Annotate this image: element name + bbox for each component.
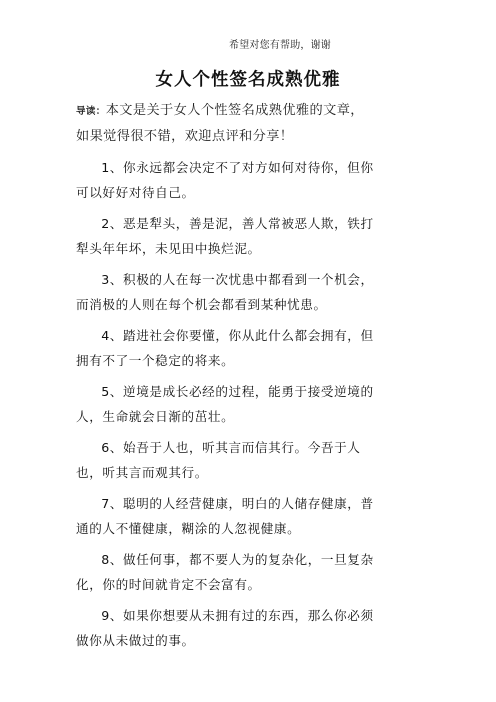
list-item: 4、踏进社会你要懂，你从此什么都会拥有，但拥有不了一个稳定的将来。 <box>76 323 376 373</box>
list-item: 9、如果你想要从未拥有过的东西，那么你必须做你从未做过的事。 <box>76 603 376 653</box>
list-item: 6、始吾于人也，听其言而信其行。今吾于人也，听其言而观其行。 <box>76 435 376 485</box>
intro-text: 本文是关于女人个性签名成熟优雅的文章，如果觉得很不错，欢迎点评和分享！ <box>76 103 364 144</box>
document-page: 希望对您有帮助，谢谢 女人个性签名成熟优雅 导读：本文是关于女人个性签名成熟优雅… <box>0 0 496 702</box>
list-item: 1、你永远都会决定不了对方如何对待你，但你可以好好对待自己。 <box>76 155 376 205</box>
list-item: 3、积极的人在每一次忧患中都看到一个机会，而消极的人则在每个机会都看到某种忧患。 <box>76 267 376 317</box>
list-item: 2、恶是犁头，善是泥，善人常被恶人欺，铁打犁头年年坏，未见田中换烂泥。 <box>76 211 376 261</box>
list-item: 8、做任何事，都不要人为的复杂化，一旦复杂化，你的时间就肯定不会富有。 <box>76 547 376 597</box>
intro-paragraph: 导读：本文是关于女人个性签名成熟优雅的文章，如果觉得很不错，欢迎点评和分享！ <box>76 98 376 149</box>
intro-label: 导读： <box>76 106 106 117</box>
header-note: 希望对您有帮助，谢谢 <box>0 36 496 51</box>
document-body: 导读：本文是关于女人个性签名成熟优雅的文章，如果觉得很不错，欢迎点评和分享！ 1… <box>76 98 376 659</box>
document-title: 女人个性签名成熟优雅 <box>0 66 496 91</box>
list-item: 7、聪明的人经营健康，明白的人储存健康，普通的人不懂健康，糊涂的人忽视健康。 <box>76 491 376 541</box>
list-item: 5、逆境是成长必经的过程，能勇于接受逆境的人，生命就会日渐的茁壮。 <box>76 379 376 429</box>
